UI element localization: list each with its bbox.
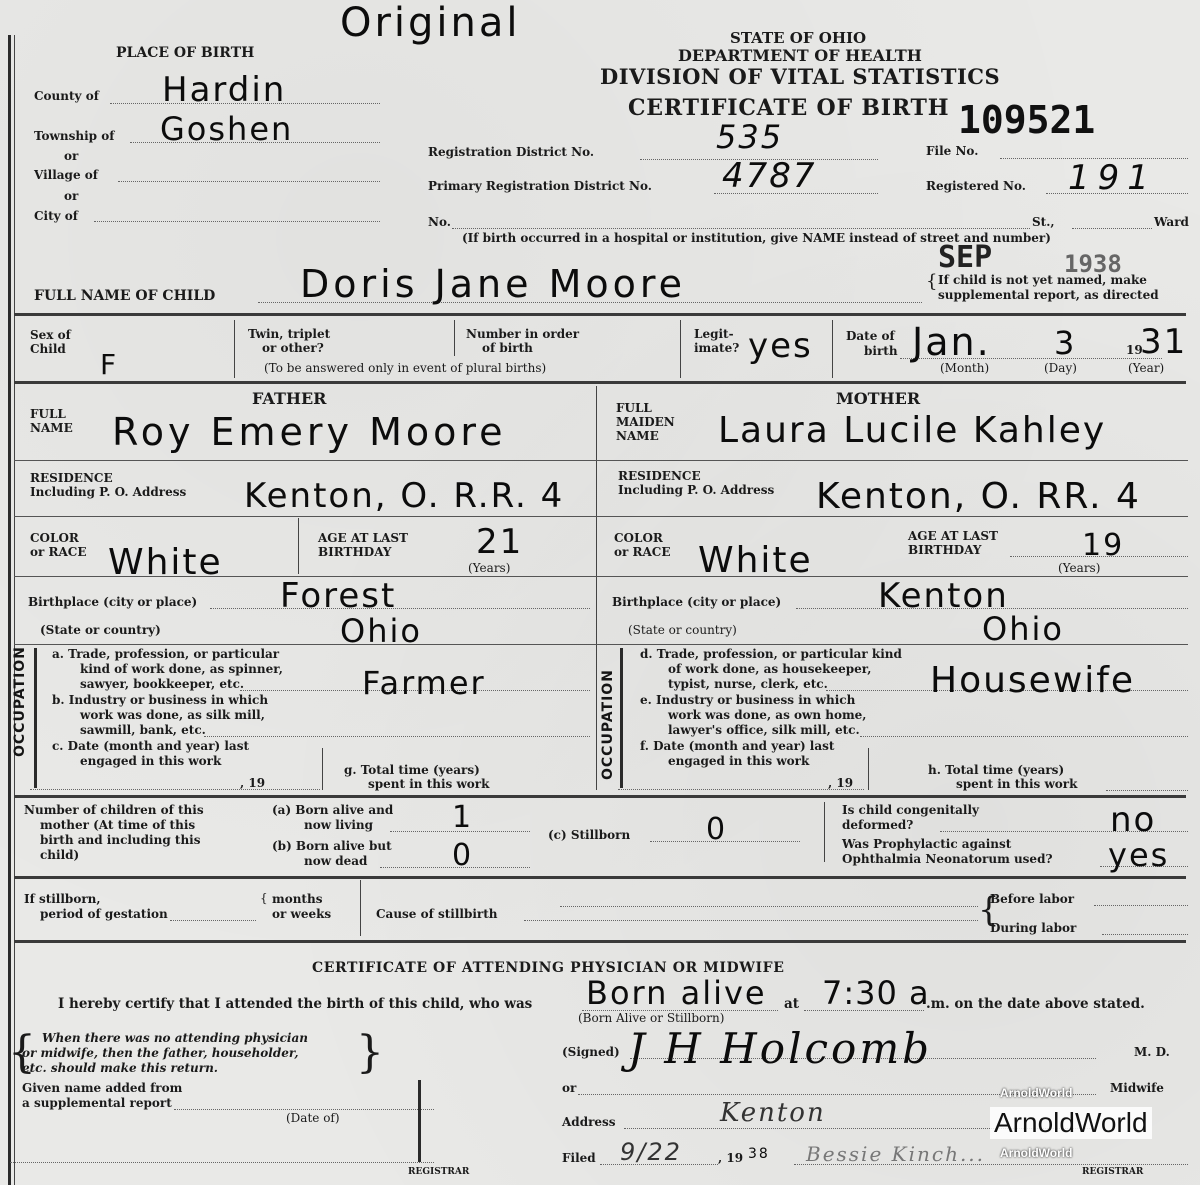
year-caption: (Year): [1128, 362, 1164, 375]
ward-label: Ward: [1154, 216, 1189, 229]
occ-c-year: , 19: [240, 777, 265, 790]
mother-years-caption: (Years): [1058, 562, 1100, 575]
occ-b-1: b. Industry or business in which: [52, 694, 268, 707]
born-alive-dead-label-1: (b) Born alive but: [272, 840, 392, 853]
father-birthplace-value: Forest: [280, 576, 396, 616]
cause-line-2: [560, 906, 978, 907]
mother-age-value: 19: [1082, 528, 1124, 563]
row-line: [14, 460, 596, 461]
given-name-line: [174, 1109, 434, 1110]
watermark-main: ArnoldWorld: [990, 1107, 1152, 1139]
col-divider: [298, 518, 299, 574]
filed-value: 9/22: [620, 1138, 682, 1166]
children-label-4: child): [40, 849, 79, 862]
no-physician-note-2: or midwife, then the father, householder…: [22, 1047, 299, 1060]
occ-a-2: kind of work done, as spinner,: [80, 663, 283, 676]
day-caption: (Day): [1044, 362, 1077, 375]
row-line: [14, 516, 596, 517]
father-residence-value: Kenton, O. R.R. 4: [244, 476, 564, 516]
during-labor-label: During labor: [990, 922, 1076, 935]
time-value: 7:30 a: [822, 974, 930, 1012]
occ-f-1: f. Date (month and year) last: [640, 740, 834, 753]
original-annotation: Original: [340, 0, 521, 46]
occ-h-line: [1106, 790, 1188, 791]
father-residence-label-2: Including P. O. Address: [30, 486, 186, 499]
born-alive-living-label-2: now living: [304, 819, 373, 832]
birth-certificate-document: Original STATE OF OHIO DEPARTMENT OF HEA…: [0, 0, 1200, 1185]
row-line: [14, 644, 596, 645]
col-divider: [868, 748, 869, 790]
occ-e-line: [860, 736, 1188, 737]
occupation-border: [34, 648, 37, 788]
child-name-label: FULL NAME OF CHILD: [34, 288, 215, 304]
father-state-label: (State or country): [40, 624, 161, 637]
not-named-note-1: If child is not yet named, make: [938, 274, 1147, 287]
occ-d-1: d. Trade, profession, or particular kind: [640, 648, 902, 661]
occ-b-2: work was done, as silk mill,: [80, 709, 265, 722]
months-label: months: [272, 893, 322, 906]
father-name-label-1: FULL: [30, 408, 66, 421]
city-label: City of: [34, 210, 78, 223]
occ-b-3: sawmill, bank, etc.: [80, 724, 206, 737]
or-text-2: or: [64, 190, 78, 203]
legit-label-2: imate?: [694, 342, 739, 355]
order-label-2: of birth: [482, 342, 533, 355]
father-residence-label-1: RESIDENCE: [30, 472, 113, 485]
md-label: M. D.: [1134, 1046, 1170, 1059]
prophylactic-label-2: Ophthalmia Neonatorum used?: [842, 853, 1053, 866]
primary-district-value: 4787: [722, 156, 817, 196]
weeks-label: or weeks: [272, 908, 331, 921]
left-border: [8, 35, 11, 1185]
village-label: Village of: [34, 169, 98, 182]
not-named-note-2: supplemental report, as directed: [938, 289, 1159, 302]
father-years-caption: (Years): [468, 562, 510, 575]
father-color-label-2: or RACE: [30, 546, 86, 559]
occ-d-2: of work done, as housekeeper,: [668, 663, 871, 676]
father-occupation-heading: OCCUPATION: [12, 646, 28, 757]
mother-name-label-3: NAME: [616, 430, 659, 443]
occ-f-year: , 19: [828, 777, 853, 790]
received-stamp-month: SEP: [938, 240, 992, 275]
divider: [14, 313, 1186, 316]
occ-b-line: [204, 736, 590, 737]
father-name-label-2: NAME: [30, 422, 73, 435]
street-line: [452, 228, 1030, 229]
mother-state-value: Ohio: [982, 610, 1064, 648]
filed-year: 38: [748, 1146, 770, 1162]
dob-year: 31: [1140, 322, 1187, 362]
stillborn-value: 0: [706, 812, 727, 847]
address-value: Kenton: [720, 1098, 826, 1128]
date-of-caption: (Date of): [286, 1112, 340, 1125]
order-label-1: Number in order: [466, 328, 579, 341]
father-birthplace-label: Birthplace (city or place): [28, 596, 197, 609]
no-physician-note-1: When there was no attending physician: [42, 1032, 308, 1045]
midwife-label: Midwife: [1110, 1082, 1164, 1095]
header-department: DEPARTMENT OF HEALTH: [678, 46, 922, 65]
at-label: at: [784, 996, 799, 1012]
row-line: [596, 644, 1188, 645]
child-name-value: Doris Jane Moore: [300, 262, 686, 306]
physician-signature: J H Holcomb: [628, 1024, 932, 1073]
filed-year-prefix: , 19: [718, 1152, 743, 1165]
sex-value: F: [100, 348, 118, 381]
mother-occupation-heading: OCCUPATION: [600, 669, 616, 780]
occ-g-1: g. Total time (years): [344, 764, 480, 777]
registration-district-value: 535: [716, 118, 783, 156]
brace-icon: }: [356, 1028, 384, 1078]
birthplace-line: [210, 608, 590, 609]
dob-label-2: birth: [864, 345, 898, 358]
dob-day: 3: [1054, 324, 1076, 362]
brace-icon: {: [260, 892, 268, 905]
father-age-label-2: BIRTHDAY: [318, 546, 391, 559]
mother-color-label-2: or RACE: [614, 546, 670, 559]
file-no-label: File No.: [926, 145, 978, 158]
born-status-value: Born alive: [586, 974, 767, 1012]
filed-label: Filed: [562, 1152, 596, 1165]
row-line: [596, 460, 1188, 461]
born-alive-dead-value: 0: [452, 838, 473, 873]
ward-line: [1072, 228, 1152, 229]
header-division: DIVISION OF VITAL STATISTICS: [600, 64, 1000, 89]
col-divider: [824, 802, 825, 862]
legit-value: yes: [748, 326, 813, 366]
cause-label: Cause of stillbirth: [376, 908, 497, 921]
mother-birthplace-label: Birthplace (city or place): [612, 596, 781, 609]
mother-residence-label-2: Including P. O. Address: [618, 484, 774, 497]
father-age-value: 21: [476, 522, 523, 562]
stillborn-period-label-2: period of gestation: [40, 908, 168, 921]
parents-divider: [596, 386, 597, 790]
township-label: Township of: [34, 130, 114, 143]
time-suffix: .m. on the date above stated.: [926, 996, 1145, 1012]
ink-mark: [418, 1080, 421, 1162]
dob-month: Jan.: [912, 320, 991, 364]
street-no-label: No.: [428, 216, 451, 229]
mother-state-label: (State or country): [628, 624, 737, 637]
header-state: STATE OF OHIO: [730, 29, 866, 47]
registered-no-label: Registered No.: [926, 180, 1026, 193]
born-alive-dead-label-2: now dead: [304, 855, 367, 868]
gestation-line: [170, 920, 256, 921]
col-divider: [832, 320, 833, 378]
stillborn-label: (c) Stillborn: [548, 829, 630, 842]
left-border-inner: [14, 35, 15, 1185]
mother-age-label-1: AGE AT LAST: [908, 530, 998, 543]
mother-age-label-2: BIRTHDAY: [908, 544, 981, 557]
col-divider: [360, 880, 361, 936]
father-age-label-1: AGE AT LAST: [318, 532, 408, 545]
mother-residence-label-1: RESIDENCE: [618, 470, 701, 483]
cause-line: [524, 920, 978, 921]
brace-icon: {: [926, 275, 937, 288]
divider: [14, 940, 1186, 943]
registrar-label: REGISTRAR: [1082, 1167, 1143, 1177]
watermark-small-bottom: ArnoldWorld: [1000, 1146, 1072, 1160]
twin-label-1: Twin, triplet: [248, 328, 330, 341]
registrar-signature: Bessie Kinch...: [806, 1142, 985, 1166]
st-label: St.,: [1032, 216, 1055, 229]
or-text-1: or: [64, 150, 78, 163]
sex-label-2: Child: [30, 343, 66, 356]
born-alive-living-label-1: (a) Born alive and: [272, 804, 393, 817]
given-name-label-2: a supplemental report: [22, 1097, 172, 1110]
plural-note: (To be answered only in event of plural …: [264, 362, 546, 375]
prophylactic-value: yes: [1108, 836, 1169, 874]
or-label: or: [562, 1082, 576, 1095]
occupation-border: [620, 648, 623, 788]
occ-c-line: [30, 789, 320, 790]
col-divider: [680, 320, 681, 378]
mother-residence-value: Kenton, O. RR. 4: [816, 476, 1141, 517]
father-color-label-1: COLOR: [30, 532, 79, 545]
legit-label-1: Legit-: [694, 328, 734, 341]
prophylactic-label-1: Was Prophylactic against: [842, 838, 1011, 851]
occ-g-2: spent in this work: [368, 778, 489, 791]
no-physician-note-3: etc. should make this return.: [22, 1062, 218, 1075]
col-divider: [234, 320, 235, 378]
deformed-value: no: [1110, 800, 1156, 840]
occ-d-value: Housewife: [930, 660, 1135, 701]
place-of-birth-heading: PLACE OF BIRTH: [116, 45, 254, 61]
col-divider: [322, 748, 323, 790]
children-label-3: birth and including this: [40, 834, 200, 847]
father-name-value: Roy Emery Moore: [112, 410, 507, 454]
born-alive-living-value: 1: [452, 800, 473, 835]
divider: [14, 381, 1186, 384]
watermark-small-top: ArnoldWorld: [1000, 1086, 1072, 1100]
occ-e-3: lawyer's office, silk mill, etc.: [668, 724, 860, 737]
left-registrar-label: REGISTRAR: [408, 1167, 469, 1177]
mother-name-label-2: MAIDEN: [616, 416, 675, 429]
children-label-2: mother (At time of this: [40, 819, 195, 832]
registered-no-value: 191: [1068, 158, 1157, 198]
divider: [14, 876, 1186, 879]
registration-district-label: Registration District No.: [428, 146, 594, 159]
stillborn-period-label-1: If stillborn,: [24, 893, 101, 906]
city-line: [94, 221, 380, 222]
during-labor-line: [1102, 934, 1188, 935]
certify-text: I hereby certify that I attended the bir…: [58, 996, 532, 1012]
father-heading: FATHER: [252, 389, 326, 408]
occ-a-3: sawyer, bookkeeper, etc.: [80, 678, 244, 691]
col-divider: [454, 320, 455, 356]
dob-label-1: Date of: [846, 330, 895, 343]
before-labor-label: Before labor: [990, 893, 1074, 906]
divider: [14, 795, 1186, 798]
left-registrar-line: [10, 1162, 434, 1163]
occ-c-1: c. Date (month and year) last: [52, 740, 249, 753]
deformed-label-2: deformed?: [842, 819, 913, 832]
mother-color-label-1: COLOR: [614, 532, 663, 545]
deformed-label-1: Is child congenitally: [842, 804, 979, 817]
occ-a-1: a. Trade, profession, or particular: [52, 648, 279, 661]
county-value: Hardin: [162, 70, 286, 110]
occ-a-value: Farmer: [362, 664, 486, 702]
village-line: [118, 181, 380, 182]
occ-h-2: spent in this work: [956, 778, 1077, 791]
header-title: CERTIFICATE OF BIRTH: [628, 95, 949, 121]
primary-district-label: Primary Registration District No.: [428, 180, 652, 193]
given-name-label-1: Given name added from: [22, 1082, 182, 1095]
township-value: Goshen: [160, 110, 293, 148]
mother-name-value: Laura Lucile Kahley: [718, 410, 1106, 451]
occ-d-3: typist, nurse, clerk, etc.: [668, 678, 828, 691]
occ-f-2: engaged in this work: [668, 755, 809, 768]
signed-label: (Signed): [562, 1046, 620, 1059]
mother-heading: MOTHER: [836, 389, 920, 408]
twin-label-2: or other?: [262, 342, 324, 355]
month-caption: (Month): [940, 362, 989, 375]
occ-c-2: engaged in this work: [80, 755, 221, 768]
sex-label-1: Sex of: [30, 329, 71, 342]
address-label: Address: [562, 1116, 616, 1129]
stamp-number: 109521: [958, 98, 1095, 142]
county-label: County of: [34, 90, 99, 103]
children-label-1: Number of children of this: [24, 804, 204, 817]
before-labor-line: [1094, 905, 1188, 906]
occ-e-2: work was done, as own home,: [668, 709, 866, 722]
row-line: [596, 516, 1188, 517]
mother-name-label-1: FULL: [616, 402, 652, 415]
mother-color-value: White: [698, 540, 813, 581]
occ-e-1: e. Industry or business in which: [640, 694, 855, 707]
occ-h-1: h. Total time (years): [928, 764, 1064, 777]
